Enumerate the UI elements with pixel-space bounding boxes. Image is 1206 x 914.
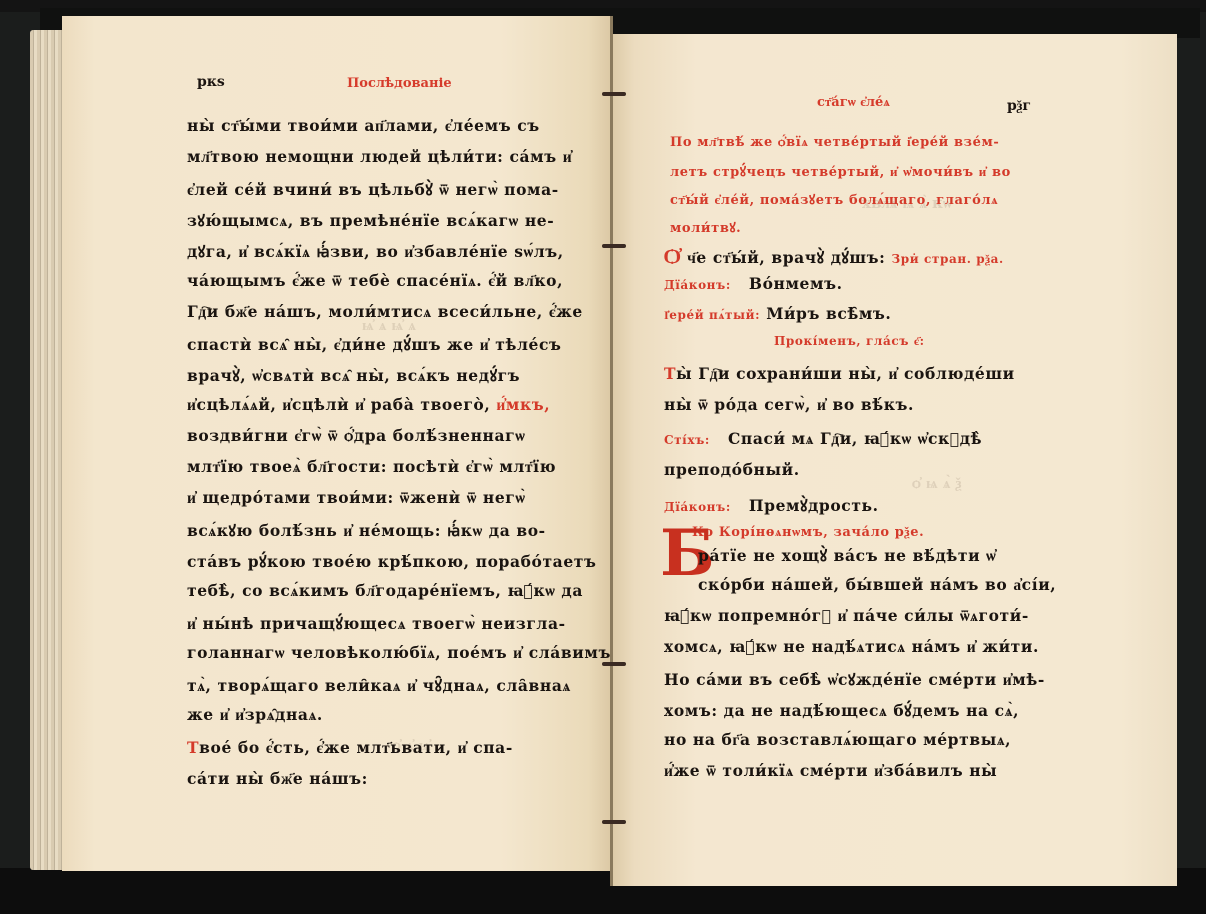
left-page: ѩ҆ ѧ̀ ѩ҆́ ѧ ѻ҆ ѧ҆ ѩ҆ ркѕ Послѣдованіе ны…	[62, 16, 610, 871]
dropcap: Т	[664, 364, 676, 383]
text-line: тебѣ̀, со всѧ́кимъ бл҃годаре́нїемъ, ꙗ҆́к…	[187, 581, 583, 601]
text-line: є҆лей се́й вчини́ въ цѣльбꙋ̀ ѿ негѡ̀ пом…	[187, 178, 559, 200]
rubric-line: По мл҃твѣ́ же ѻ҆́вїѧ четве́ртый і҆ере́й …	[670, 134, 999, 150]
dropcap: Т	[187, 738, 199, 757]
page-number: рѯг	[1007, 98, 1031, 115]
text-line: голаннагѡ человѣколю́бїѧ, пое́мъ и҆ сла́…	[187, 643, 611, 663]
page-stack-edge	[30, 30, 66, 870]
text-line-body: и҆сцѣлѧ́ѧй, и҆сцѣлѝ и҆ раба̀ твоего̀,	[187, 395, 490, 414]
speaker-label: Сті́хъ:	[664, 433, 710, 447]
running-header: Послѣдованіе	[347, 76, 452, 91]
text-line: же и҆ и҆зрѧ̑днаѧ.	[187, 705, 323, 725]
rubric-line: моли́твꙋ.	[670, 218, 741, 236]
text-line: спастѝ всѧ̑ ны̀, є҆ди́не дꙋ́шъ же и҆ тѣл…	[187, 333, 562, 355]
dropcap: Ѻ҆	[664, 244, 681, 268]
final-line-1: вое́ бо є҆́сть, є҆́же млт҃ьвати, и҆ спа-	[199, 738, 513, 757]
verse-line: ны̀ ѿ ро́да сегѡ̀, и҆ во вѣ́къ.	[664, 395, 914, 415]
binding-stitch	[596, 818, 632, 826]
text-line: врачꙋ̀, ѡ҆свѧтѝ всѧ̑ ны̀, всѧ́къ недꙋ́гъ	[187, 364, 520, 386]
verse-line: Ты̀ Гд҇и сохрани́ши ны̀, и҆ соблюде́ши	[664, 364, 1015, 384]
rubric-line: ст҃ы́й є҆ле́й, пома́зꙋетъ болѧ́щаго, гла…	[670, 190, 998, 208]
stichos-line: Сті́хъ: Спаси́ мѧ Гд҇и, ꙗ҆́кѡ ѡ҆скꙋдѣ̀	[664, 429, 982, 449]
deacon-line: Дїа́конъ: Во́нмемъ.	[664, 274, 843, 293]
text-line: и҆ щедро́тами твои́ми: ѿженѝ ѿ негѡ̀	[187, 488, 526, 508]
priest-line: І҆ере́й пѧ́тый: Ми́ръ всѣ̑мъ.	[664, 304, 891, 323]
deacon-line: Дїа́конъ: Премꙋ̀дрость.	[664, 494, 879, 516]
text-line: всѧ́кꙋю болѣ́знь и҆ не́мощь: ꙗ҆́кѡ да во…	[187, 519, 546, 541]
speaker-text: Ми́ръ всѣ̑мъ.	[766, 304, 891, 323]
text-line: ча́ющымъ є҆́же ѿ тебѐ спасе́нїѧ. є҆́й вл…	[187, 271, 563, 291]
page-number: ркѕ	[197, 74, 225, 90]
text-line: и҆ ны́нѣ причащꙋ́ющесѧ твоегѡ̀ неизгла-	[187, 612, 566, 634]
epistle-title: Ко Корі́нѳѧнѡмъ, зача́ло рѯе.	[692, 524, 924, 540]
binding-stitch	[596, 242, 632, 250]
text-line: но на бг҃а возставлѧ́ющаго ме́ртвыѧ,	[664, 730, 1011, 750]
text-line: Гд҇и бж҃е на́шъ, моли́мтисѧ всеси́льне, …	[187, 302, 583, 322]
verse-text: ы̀ Гд҇и сохрани́ши ны̀, и҆ соблюде́ши	[676, 364, 1015, 383]
rubric-line: летъ стрꙋ́чецъ четве́ртый, и҆ ѡ҆мочи́въ …	[670, 162, 1011, 180]
text-line: ста́въ рꙋ́кою твое́ю крѣ́пкою, порабо́та…	[187, 550, 596, 572]
text-line: тѧ̀, творѧ́щаго вели̑каѧ и҆ чꙋ̑днаѧ, сла…	[187, 674, 571, 696]
book-gutter	[610, 16, 613, 886]
text-line: и҆́же ѿ толи́кїѧ сме́рти и҆зба́вилъ ны̀	[664, 761, 997, 781]
text-line: воздви́гни є҆гѡ̀ ѿ ѻ҆́дра болѣ́зненнагѡ	[187, 426, 525, 446]
stichos-line: преподо́бный.	[664, 460, 800, 479]
speaker-text: Премꙋ̀дрость.	[749, 496, 879, 515]
text-line: ра́тїе не хощꙋ̀ ва́съ не вѣ́дѣти ѡ҆	[698, 544, 996, 566]
text-line: ꙗ҆́кѡ попремно́гꙋ и҆ па́че си́лы ѿѧготи́…	[664, 606, 1029, 626]
final-paragraph-line: са́ти ны̀ бж҃е на́шъ:	[187, 769, 368, 789]
speaker-text: Во́нмемъ.	[749, 274, 843, 293]
text-line: хомъ: да не надѣ́ющесѧ бꙋ́демъ на сѧ̀,	[664, 699, 1019, 721]
right-page: хвл҃ѧ ѩ ѧ̀ кѡ ѻ҆ ѩ ѧ̀ ѯ ст҃а́гѡ є҆ле́ѧ р…	[612, 34, 1177, 886]
text-line: зꙋю́щымсѧ, въ премѣне́нїе всѧ́кагѡ не-	[187, 209, 554, 231]
final-paragraph-line: Твое́ бо є҆́сть, є҆́же млт҃ьвати, и҆ спа…	[187, 738, 513, 758]
binding-stitch	[596, 660, 632, 668]
speaker-label: Дїа́конъ:	[664, 278, 731, 292]
speaker-label: І҆ере́й пѧ́тый:	[664, 308, 760, 322]
show-through-text: ѻ҆ ѩ ѧ̀ ѯ	[912, 474, 962, 493]
text-line: млт҃їю твоеѧ̀ бл҃гости: посѣтѝ є҆гѡ̀ млт…	[187, 457, 556, 477]
binding-stitch	[596, 90, 632, 98]
prayer-line: Ѻ҆ ч҃е ст҃ы́й, врачꙋ̀ дꙋ́шъ: Зри̇ стран.…	[664, 244, 1004, 269]
text-line: ско́рби на́шей, бы́вшей на́мъ во а҆сі́и,	[698, 575, 1056, 595]
text-line: мл҃твою немощни людей цѣли́ти: са́мъ и҆	[187, 147, 572, 167]
prayer-text: ч҃е ст҃ы́й, врачꙋ̀ дꙋ́шъ:	[687, 248, 885, 267]
cross-reference-note: Зри̇ стран. рѯа.	[892, 252, 1004, 266]
text-line: Но са́ми въ себѣ̀ ѡ҆сꙋжде́нїе сме́рти и҆…	[664, 668, 1045, 690]
speaker-label: Дїа́конъ:	[664, 500, 731, 514]
text-line: дꙋга, и҆ всѧ́кїѧ ꙗ҆́зви, во и҆збавле́нїе…	[187, 240, 564, 262]
stichos-text: Спаси́ мѧ Гд҇и, ꙗ҆́кѡ ѡ҆скꙋдѣ̀	[728, 429, 982, 448]
text-line: ны̀ ст҃ы́ми твои́ми ап҃лами, є҆ле́емъ съ	[187, 116, 540, 136]
text-line: и҆сцѣлѧ́ѧй, и҆сцѣлѝ и҆ раба̀ твоего̀, и҆…	[187, 395, 550, 415]
rubric-name-placeholder: и҆́мкъ,	[496, 395, 550, 414]
running-header: ст҃а́гѡ є҆ле́ѧ	[817, 94, 890, 110]
text-line: хомсѧ, ꙗ҆́кѡ не надѣ́ѧтисѧ на́мъ и҆ жи́т…	[664, 637, 1039, 657]
prokeimenon-heading: Прокі́менъ, гла́съ є҃:	[774, 334, 925, 349]
